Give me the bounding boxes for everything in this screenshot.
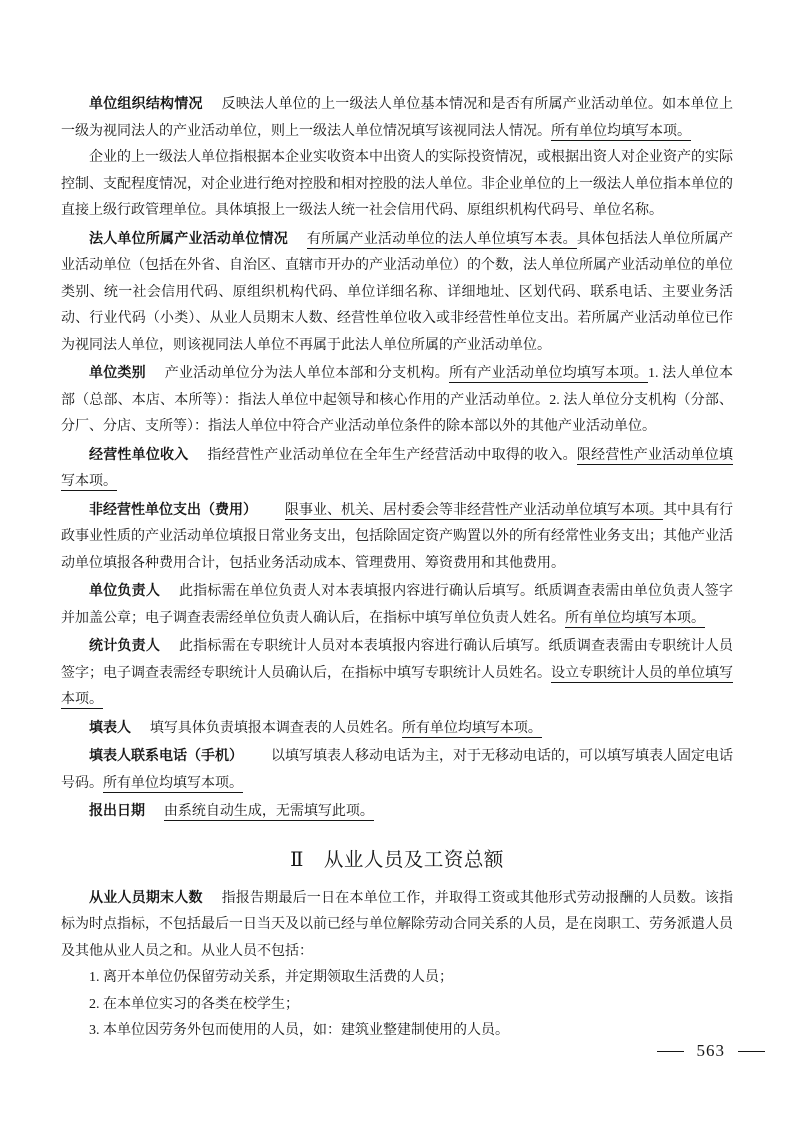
para-unit-head: 单位负责人此指标需在单位负责人对本表填报内容进行确认后填写。纸质调查表需由单位负… bbox=[61, 577, 733, 632]
para-unit-category: 单位类别产业活动单位分为法人单位本部和分支机构。所有产业活动单位均填写本项。1.… bbox=[61, 359, 733, 441]
para-enterprise-parent-unit: 企业的上一级法人单位指根据本企业实收资本中出资人的实际投资情况，或根据出资人对企… bbox=[61, 145, 733, 225]
term-label: 单位组织结构情况 bbox=[89, 95, 203, 111]
para-non-operating-unit-expense: 非经营性单位支出（费用）限事业、机关、居村委会等非经营性产业活动单位填写本项。其… bbox=[61, 496, 733, 578]
list-item-2: 2. 在本单位实习的各类在校学生； bbox=[61, 992, 733, 1019]
footer-dash-right bbox=[738, 1051, 765, 1052]
body-text: 填写具体负责填报本调查表的人员姓名。 bbox=[150, 721, 402, 736]
page-number: 563 bbox=[697, 1041, 726, 1061]
underlined-text: 所有单位均填写本项。 bbox=[103, 776, 243, 793]
para-operating-unit-income: 经营性单位收入指经营性产业活动单位在全年生产经营活动中取得的收入。限经营性产业活… bbox=[61, 441, 733, 496]
term-label: 报出日期 bbox=[89, 802, 145, 818]
term-label: 单位负责人 bbox=[89, 582, 160, 598]
para-employee-count: 从业人员期末人数指报告期最后一日在本单位工作，并取得工资或其他形式劳动报酬的人员… bbox=[61, 884, 733, 966]
underlined-text: 有所属产业活动单位的法人单位填写本表。 bbox=[307, 232, 577, 249]
term-label: 统计负责人 bbox=[89, 637, 160, 653]
body-text: 2. 在本单位实习的各类在校学生； bbox=[89, 997, 299, 1012]
term-label: 从业人员期末人数 bbox=[89, 889, 203, 905]
term-label: 法人单位所属产业活动单位情况 bbox=[89, 230, 288, 246]
underlined-text: 所有产业活动单位均填写本项。 bbox=[449, 366, 648, 383]
term-label: 填表人 bbox=[89, 719, 131, 735]
document-page: 单位组织结构情况反映法人单位的上一级法人单位基本情况和是否有所属产业活动单位。如… bbox=[0, 0, 793, 1122]
underlined-text: 所有单位均填写本项。 bbox=[402, 721, 542, 738]
para-unit-org-structure: 单位组织结构情况反映法人单位的上一级法人单位基本情况和是否有所属产业活动单位。如… bbox=[61, 90, 733, 145]
para-report-date: 报出日期由系统自动生成，无需填写此项。 bbox=[61, 797, 733, 826]
body-text: 3. 本单位因劳务外包而使用的人员，如：建筑业整建制使用的人员。 bbox=[89, 1023, 509, 1038]
para-statistics-head: 统计负责人此指标需在专职统计人员对本表填报内容进行确认后填写。纸质调查表需由专职… bbox=[61, 632, 733, 714]
list-item-1: 1. 离开本单位仍保留劳动关系，并定期领取生活费的人员； bbox=[61, 965, 733, 992]
underlined-text: 由系统自动生成，无需填写此项。 bbox=[164, 804, 374, 821]
list-item-3: 3. 本单位因劳务外包而使用的人员，如：建筑业整建制使用的人员。 bbox=[61, 1018, 733, 1045]
term-label: 单位类别 bbox=[89, 364, 146, 380]
body-text: 指经营性产业活动单位在全年生产经营活动中取得的收入。 bbox=[207, 448, 577, 463]
page-footer: 563 bbox=[657, 1041, 766, 1061]
underlined-text: 限事业、机关、居村委会等非经营性产业活动单位填写本项。 bbox=[285, 503, 663, 520]
body-text: 1. 离开本单位仍保留劳动关系，并定期领取生活费的人员； bbox=[89, 970, 453, 985]
section-heading: Ⅱ 从业人员及工资总额 bbox=[61, 846, 733, 876]
underlined-text: 所有单位均填写本项。 bbox=[565, 611, 705, 628]
term-label: 填表人联系电话（手机） bbox=[89, 747, 243, 763]
footer-dash-left bbox=[657, 1051, 684, 1052]
underlined-text: 所有单位均填写本项。 bbox=[551, 124, 691, 141]
term-label: 非经营性单位支出（费用） bbox=[89, 501, 257, 517]
term-label: 经营性单位收入 bbox=[89, 446, 188, 462]
document-body: 单位组织结构情况反映法人单位的上一级法人单位基本情况和是否有所属产业活动单位。如… bbox=[61, 90, 733, 1045]
body-text: 产业活动单位分为法人单位本部和分支机构。 bbox=[165, 366, 449, 381]
body-text: 企业的上一级法人单位指根据本企业实收资本中出资人的实际投资情况，或根据出资人对企… bbox=[61, 150, 733, 218]
para-affiliated-industrial-units: 法人单位所属产业活动单位情况有所属产业活动单位的法人单位填写本表。具体包括法人单… bbox=[61, 225, 733, 360]
para-filler-phone: 填表人联系电话（手机）以填写填表人移动电话为主，对于无移动电话的，可以填写填表人… bbox=[61, 742, 733, 797]
body-text: 具体包括法人单位所属产业活动单位（包括在外省、自治区、直辖市开办的产业活动单位）… bbox=[61, 232, 733, 353]
para-form-filler: 填表人填写具体负责填报本调查表的人员姓名。所有单位均填写本项。 bbox=[61, 714, 733, 743]
